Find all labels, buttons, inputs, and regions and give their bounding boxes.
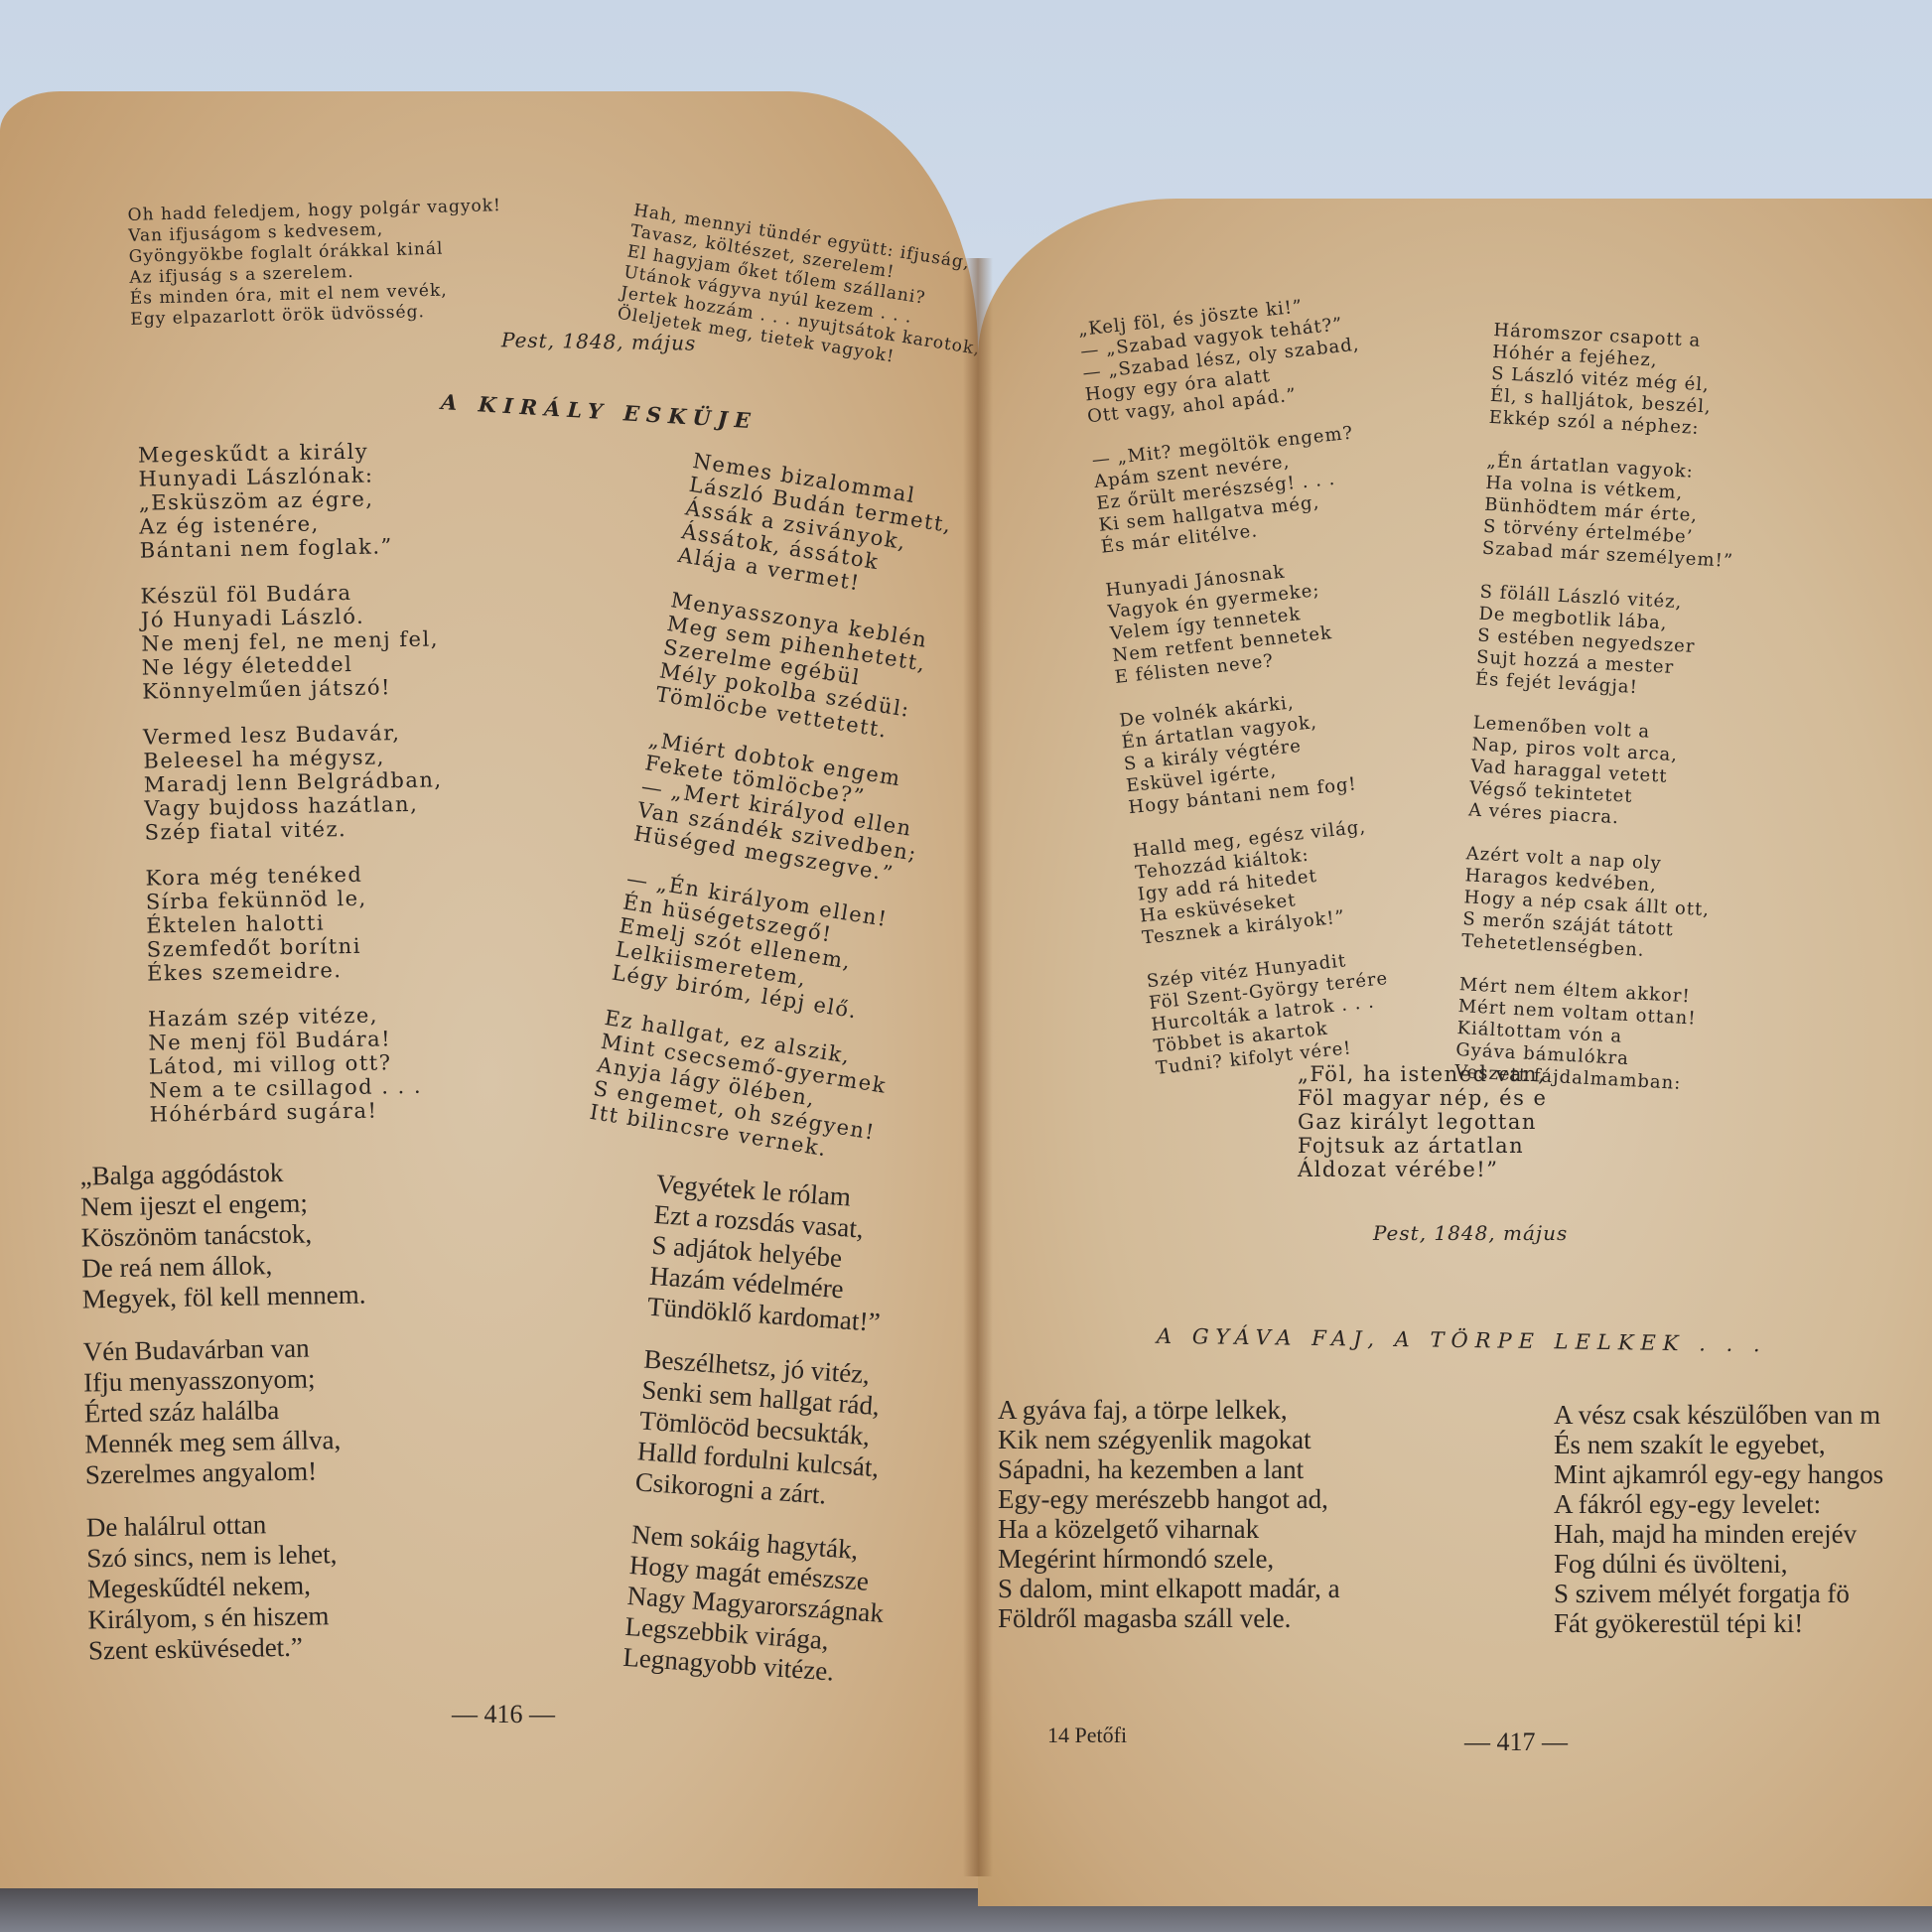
verse-line: Sápadni, ha kezemben a lant [998,1454,1340,1484]
next-poem-col1: A gyáva faj, a törpe lelkek,Kik nem szég… [998,1395,1340,1633]
stanza: Halld meg, egész világ,Tehozzád kiáltok:… [1132,812,1420,950]
book-gutter [963,258,993,1876]
stanza: Menyasszonya keblénMeg sem pihenhetett,S… [654,588,958,751]
verse-line: „Balga aggódástok [79,1157,363,1192]
verse-line: „Föl, ha istened van, [1298,1062,1547,1086]
stanza: „Miért dobtok engemFekete tömlöcbe?”— „M… [632,728,936,891]
stanza: — „Mit? megöltök engem?Apám szent nevére… [1091,421,1379,559]
stanza: „Balga aggódástokNem ijeszt el engem;Kös… [79,1157,365,1315]
stanza: Kora még tenékedSírba fekünnöd le,Éktele… [145,861,446,985]
stanza: Azért volt a nap olyHaragos kedvében,Hog… [1461,843,1719,965]
stanza: Nem sokáig hagyták,Hogy magát emészszeNa… [621,1519,889,1691]
verse-line: Könnyelműen játszó! [142,674,441,703]
page-number-417: — 417 — [1464,1727,1568,1757]
verse-line: Szerelmes angyalom! [85,1455,369,1491]
stanza: Lemenőben volt aNap, piros volt arca,Vad… [1468,712,1725,834]
verse-line: Nem ijeszt el engem; [80,1187,364,1223]
verse-line: És nem szakít le egyebet, [1554,1430,1883,1459]
verse-line: Vén Budavárban van [82,1332,366,1368]
stanza: Hunyadi JánosnakVagyok én gyermeke;Velem… [1105,551,1393,689]
stanza: Készül föl BudáraJó Hunyadi László.Ne me… [140,579,441,703]
stanza: Vén Budavárban vanIfju menyasszonyom;Ért… [82,1332,368,1491]
verse-line: Köszönöm tanácstok, [80,1218,364,1254]
poem-col1: Megeskűdt a királyHunyadi Lászlónak:„Esk… [138,438,449,1148]
verse-line: Szent esküvésedet.” [88,1630,372,1666]
stanza: De volnék akárki,Én ártatlan vagyok,S a … [1118,682,1406,820]
prev-poem-date: Pest, 1848, május [501,328,697,354]
verse-line: Mennék meg sem állva, [84,1425,368,1460]
closing-stanza: „Föl, ha istened van,Föl magyar nép, és … [1298,1062,1547,1181]
right-page: „Kelj föl, és jöszte ki!”— „Szabad vagyo… [978,199,1932,1906]
stanza: Szép vitéz HunyaditFöl Szent-György teré… [1146,942,1434,1080]
stanza: Beszélhetsz, jó vitéz,Senki sem hallgat … [634,1344,901,1516]
stanza: Megeskűdt a királyHunyadi Lászlónak:„Esk… [138,438,439,562]
page-number-416: — 416 — [452,1700,555,1729]
verse-line: S dalom, mint elkapott madár, a [998,1574,1340,1603]
stanza: „Én ártatlan vagyok:Ha volna is vétkem,B… [1481,451,1738,573]
stanza: S föláll László vitéz,De megbotlik lába,… [1474,582,1731,704]
verse-line: De reá nem állok, [81,1249,365,1285]
prev-poem-col1: Oh hadd feledjem, hogy polgár vagyok!Van… [127,196,503,331]
signature-mark: 14 Petőfi [1047,1723,1127,1748]
verse-line: A gyáva faj, a törpe lelkek, [998,1395,1340,1425]
verse-line: Szép fiatal vitéz. [144,815,443,844]
verse-line: Megeskűdtél nekem, [87,1569,371,1604]
verse-line: Mint ajkamról egy-egy hangos [1554,1459,1883,1489]
right-col2: Háromszor csapott aHóhér a fejéhez,S Lás… [1453,320,1745,1118]
verse-line: Fát gyökerestül tépi ki! [1554,1608,1883,1638]
verse-line: Hah, majd ha minden erejév [1554,1519,1883,1549]
verse-line: Érted száz halálba [84,1394,368,1430]
verse-line: Fog dúlni és üvölteni, [1554,1549,1883,1579]
verse-line: A vész csak készülőben van m [1554,1400,1883,1430]
poem-col1-lower: „Balga aggódástokNem ijeszt el engem;Kös… [79,1157,372,1689]
verse-line: Fojtsuk az ártatlan [1298,1134,1547,1158]
verse-line: Bántani nem foglak.” [140,533,439,562]
verse-line: Föl magyar nép, és e [1298,1086,1547,1110]
poem-date: Pest, 1848, május [1373,1221,1568,1245]
verse-line: Megérint hírmondó szele, [998,1544,1340,1574]
verse-line: Hóhérbárd sugára! [149,1097,448,1126]
stanza: „Kelj föl, és jöszte ki!”— „Szabad vagyo… [1077,291,1365,429]
verse-line: Egy-egy merészebb hangot ad, [998,1484,1340,1514]
verse-line: De halálrul ottan [86,1507,370,1543]
stanza: Vegyétek le rólamEzt a rozsdás vasat,S a… [646,1169,913,1340]
verse-line: Ha a közelgető viharnak [998,1514,1340,1544]
poem-col2-lower: Vegyétek le rólamEzt a rozsdás vasat,S a… [621,1169,913,1713]
poem-col2: Nemes bizalommalLászló Budán termett,Áss… [585,449,978,1190]
next-poem-title: A GYÁVA FAJ, A TÖRPE LELKEK . . . [1157,1324,1767,1357]
stanza: Háromszor csapott aHóhér a fejéhez,S Lás… [1488,320,1745,442]
verse-line: Földről magasba száll vele. [998,1603,1340,1633]
stanza: De halálrul ottanSzó sincs, nem is lehet… [86,1507,372,1666]
left-page: Oh hadd feledjem, hogy polgár vagyok!Van… [0,91,978,1888]
verse-line: Áldozat vérébe!” [1298,1158,1547,1181]
verse-line: Ifju menyasszonyom; [83,1363,367,1399]
next-poem-col2: A vész csak készülőben van mÉs nem szakí… [1554,1400,1883,1638]
stanza: Vermed lesz Budavár,Beleesel ha mégysz,M… [143,720,444,844]
verse-line: Kik nem szégyenlik magokat [998,1425,1340,1454]
stanza: — „Én királyom ellen!Én hüségetszegő!Eme… [611,867,914,1030]
verse-line: Ékes szemeidre. [147,956,446,985]
verse-line: Királyom, s én hiszem [87,1599,371,1635]
verse-line: A fákról egy-egy levelet: [1554,1489,1883,1519]
poem-title: A KIRÁLY ESKÜJE [440,389,758,433]
verse-line: Szó sincs, nem is lehet, [86,1538,370,1574]
stanza: Ez hallgat, ez alszik,Mint csecsemő-gyer… [588,1006,892,1169]
right-col1: „Kelj föl, és jöszte ki!”— „Szabad vagyo… [1077,291,1436,1102]
stanza: Nemes bizalommalLászló Budán termett,Áss… [676,449,978,612]
verse-line: Gaz királyt legottan [1298,1110,1547,1134]
verse-line: Megyek, föl kell mennem. [82,1280,366,1315]
stanza: Hazám szép vitéze,Ne menj föl Budára!Lát… [148,1002,449,1126]
verse-line: S szivem mélyét forgatja fö [1554,1579,1883,1608]
